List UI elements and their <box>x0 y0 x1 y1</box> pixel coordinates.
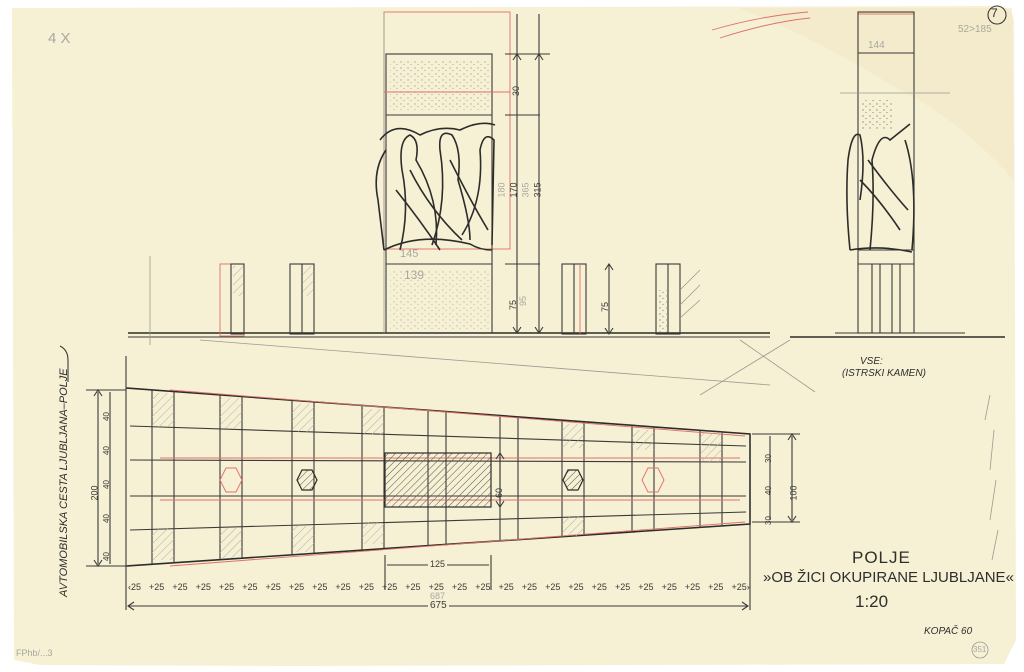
dim-right-seg: 30 <box>764 454 773 463</box>
module-dimension: +25 <box>359 582 374 592</box>
center-stone-block <box>385 453 491 507</box>
dim-side-top-note: 144 <box>868 40 885 51</box>
module-dimension: +25 <box>405 582 420 592</box>
module-dimension: +25 <box>662 582 677 592</box>
dim-overall-length: 675 <box>428 600 449 611</box>
dim-right-total: 100 <box>789 485 799 500</box>
module-dimension: +25 <box>708 582 723 592</box>
title-line1: POLJE <box>852 548 911 568</box>
module-dimension: +25 <box>149 582 164 592</box>
sheet-ref: 52>185 <box>958 24 992 35</box>
road-label: AVTOMOBILSKA CESTA LJUBLJANA–POLJE <box>58 368 70 597</box>
module-dimension: +25 <box>289 582 304 592</box>
module-dimension: +25 <box>638 582 653 592</box>
dim-right-seg: 40 <box>764 486 773 495</box>
drawing-sheet: 4 X 7 52>185 30 170 180 365 315 75 95 14… <box>0 0 1024 672</box>
dim-relief-width-alt: 139 <box>404 268 424 282</box>
material-note-line1: VSE: <box>860 356 883 367</box>
dim-left-seg: 40 <box>102 446 111 455</box>
dim-left-seg: 40 <box>102 412 111 421</box>
module-dimension: +25 <box>266 582 281 592</box>
module-dimension: +25 <box>475 582 490 592</box>
dim-left-seg: 40 <box>102 552 111 561</box>
module-dimension: +25› <box>731 582 749 592</box>
title-scale: 1:20 <box>855 592 888 612</box>
dim-left-seg: 40 <box>102 514 111 523</box>
module-dimension: +25 <box>498 582 513 592</box>
module-dimension: +25 <box>592 582 607 592</box>
dim-left-total: 200 <box>90 485 100 500</box>
hexagon-marker <box>563 470 583 490</box>
module-dimension: +25 <box>522 582 537 592</box>
module-dimension: +25 <box>242 582 257 592</box>
sheet-number: 7 <box>991 6 998 20</box>
dim-relief-alt: 180 <box>497 182 507 197</box>
dim-center-block-height: 60 <box>494 488 504 498</box>
bottom-left-stamp: FPhb/...3 <box>16 648 53 658</box>
dim-base-height: 75 <box>508 300 518 310</box>
catalog-mark: 351 <box>973 645 986 654</box>
dim-left-seg: 40 <box>102 480 111 489</box>
dim-center-block-width: 125 <box>428 559 447 569</box>
dim-right-seg: 30 <box>764 516 773 525</box>
module-dimension: +25 <box>382 582 397 592</box>
dim-overall-height: 315 <box>533 182 543 197</box>
dim-side-post-height: 75 <box>600 302 610 312</box>
module-dimension: +25 <box>335 582 350 592</box>
module-dimension: +25 <box>615 582 630 592</box>
module-dimension: +25 <box>685 582 700 592</box>
module-dimension: ‹25 <box>128 582 141 592</box>
module-dimension: +25 <box>545 582 560 592</box>
title-author: KOPAČ 60 <box>924 626 972 637</box>
title-line2: »OB ŽICI OKUPIRANE LJUBLJANE« <box>763 569 1014 586</box>
module-dimension: +25 <box>312 582 327 592</box>
corner-note: 4 X <box>48 30 71 47</box>
module-dimension: +25 <box>219 582 234 592</box>
hexagon-marker <box>297 470 317 490</box>
dim-top-segment: 30 <box>511 86 521 96</box>
dim-relief-alt2: 365 <box>521 182 531 197</box>
dim-relief-width: 145 <box>400 248 418 260</box>
module-dimension: +25 <box>196 582 211 592</box>
module-dimension: +25 <box>452 582 467 592</box>
module-dimension: +25 <box>172 582 187 592</box>
dim-base-alt: 95 <box>518 296 528 306</box>
material-note-line2: (ISTRSKI KAMEN) <box>842 368 926 379</box>
module-dimension: +25 <box>568 582 583 592</box>
dim-relief-height: 170 <box>509 182 519 197</box>
